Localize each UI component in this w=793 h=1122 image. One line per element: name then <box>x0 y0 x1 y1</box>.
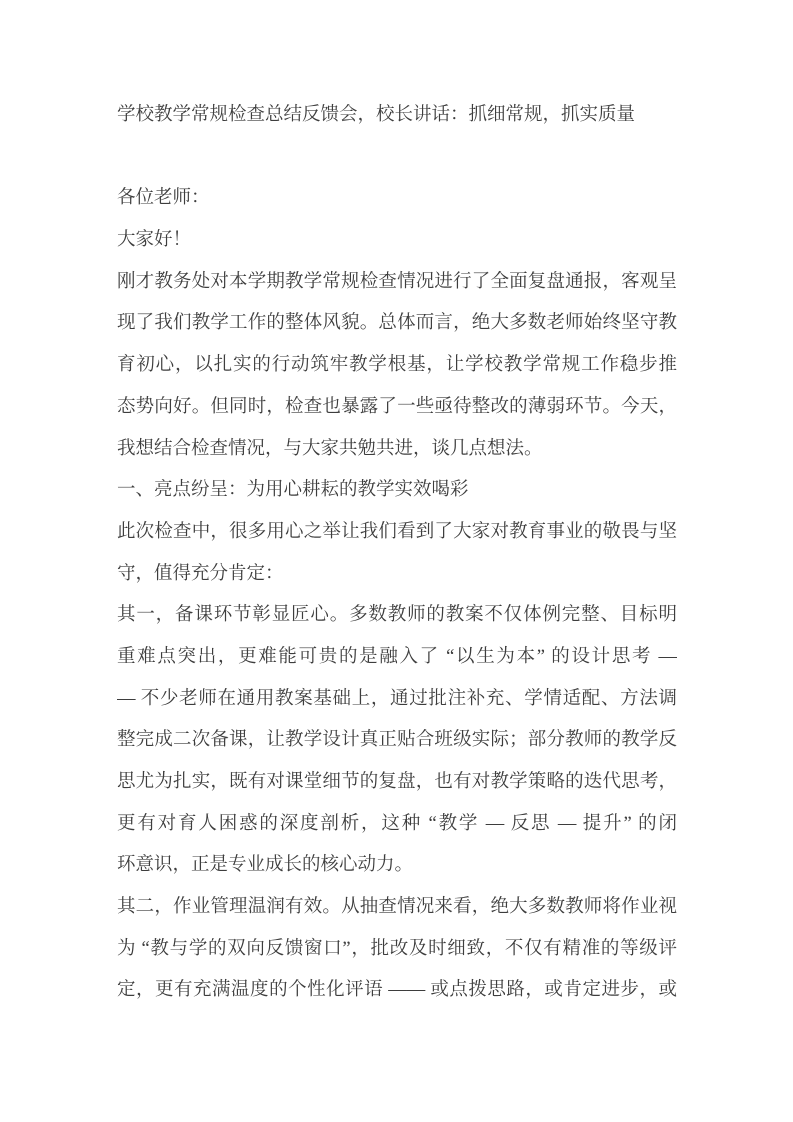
document-title: 学校教学常规检查总结反馈会，校长讲话：抓细常规，抓实质量 <box>117 95 677 137</box>
blank-line <box>117 137 677 179</box>
text-line: 为 “教与学的双向反馈窗口”，批改及时细致，不仅有精准的等级评 <box>117 929 677 971</box>
text-line: 其二，作业管理温润有效。从抽查情况来看，绝大多数教师将作业视 <box>117 887 677 929</box>
text-line: 此次检查中，很多用心之举让我们看到了大家对教育事业的敬畏与坚 <box>117 512 677 554</box>
text-line: 育初心，以扎实的行动筑牢教学根基，让学校教学常规工作稳步推进、 <box>117 345 677 387</box>
text-line: 态势向好。但同时，检查也暴露了一些亟待整改的薄弱环节。今天， <box>117 387 677 429</box>
section-heading: 一、亮点纷呈：为用心耕耘的教学实效喝彩 <box>117 470 677 512</box>
text-line: — 不少老师在通用教案基础上，通过批注补充、学情适配、方法调 <box>117 679 677 721</box>
text-line: 思尤为扎实，既有对课堂细节的复盘，也有对教学策略的迭代思考， <box>117 762 677 804</box>
greeting-line: 大家好！ <box>117 220 677 262</box>
document-page: 学校教学常规检查总结反馈会，校长讲话：抓细常规，抓实质量 各位老师： 大家好！ … <box>0 0 793 1122</box>
text-line: 定，更有充满温度的个性化评语 —— 或点拨思路，或肯定进步，或 <box>117 970 677 1012</box>
salutation-line: 各位老师： <box>117 178 677 220</box>
text-line: 环意识，正是专业成长的核心动力。 <box>117 845 677 887</box>
text-line: 刚才教务处对本学期教学常规检查情况进行了全面复盘通报，客观呈 <box>117 262 677 304</box>
text-line: 更有对育人困惑的深度剖析，这种 “教学 — 反思 — 提升” 的闭 <box>117 804 677 846</box>
text-line: 重难点突出，更难能可贵的是融入了 “以生为本” 的设计思考 — <box>117 637 677 679</box>
text-line: 整完成二次备课，让教学设计真正贴合班级实际；部分教师的教学反 <box>117 720 677 762</box>
text-line: 守，值得充分肯定： <box>117 554 677 596</box>
text-line: 其一，备课环节彰显匠心。多数教师的教案不仅体例完整、目标明晰、 <box>117 595 677 637</box>
text-line: 我想结合检查情况，与大家共勉共进，谈几点想法。 <box>117 429 677 471</box>
text-line: 现了我们教学工作的整体风貌。总体而言，绝大多数老师始终坚守教 <box>117 303 677 345</box>
